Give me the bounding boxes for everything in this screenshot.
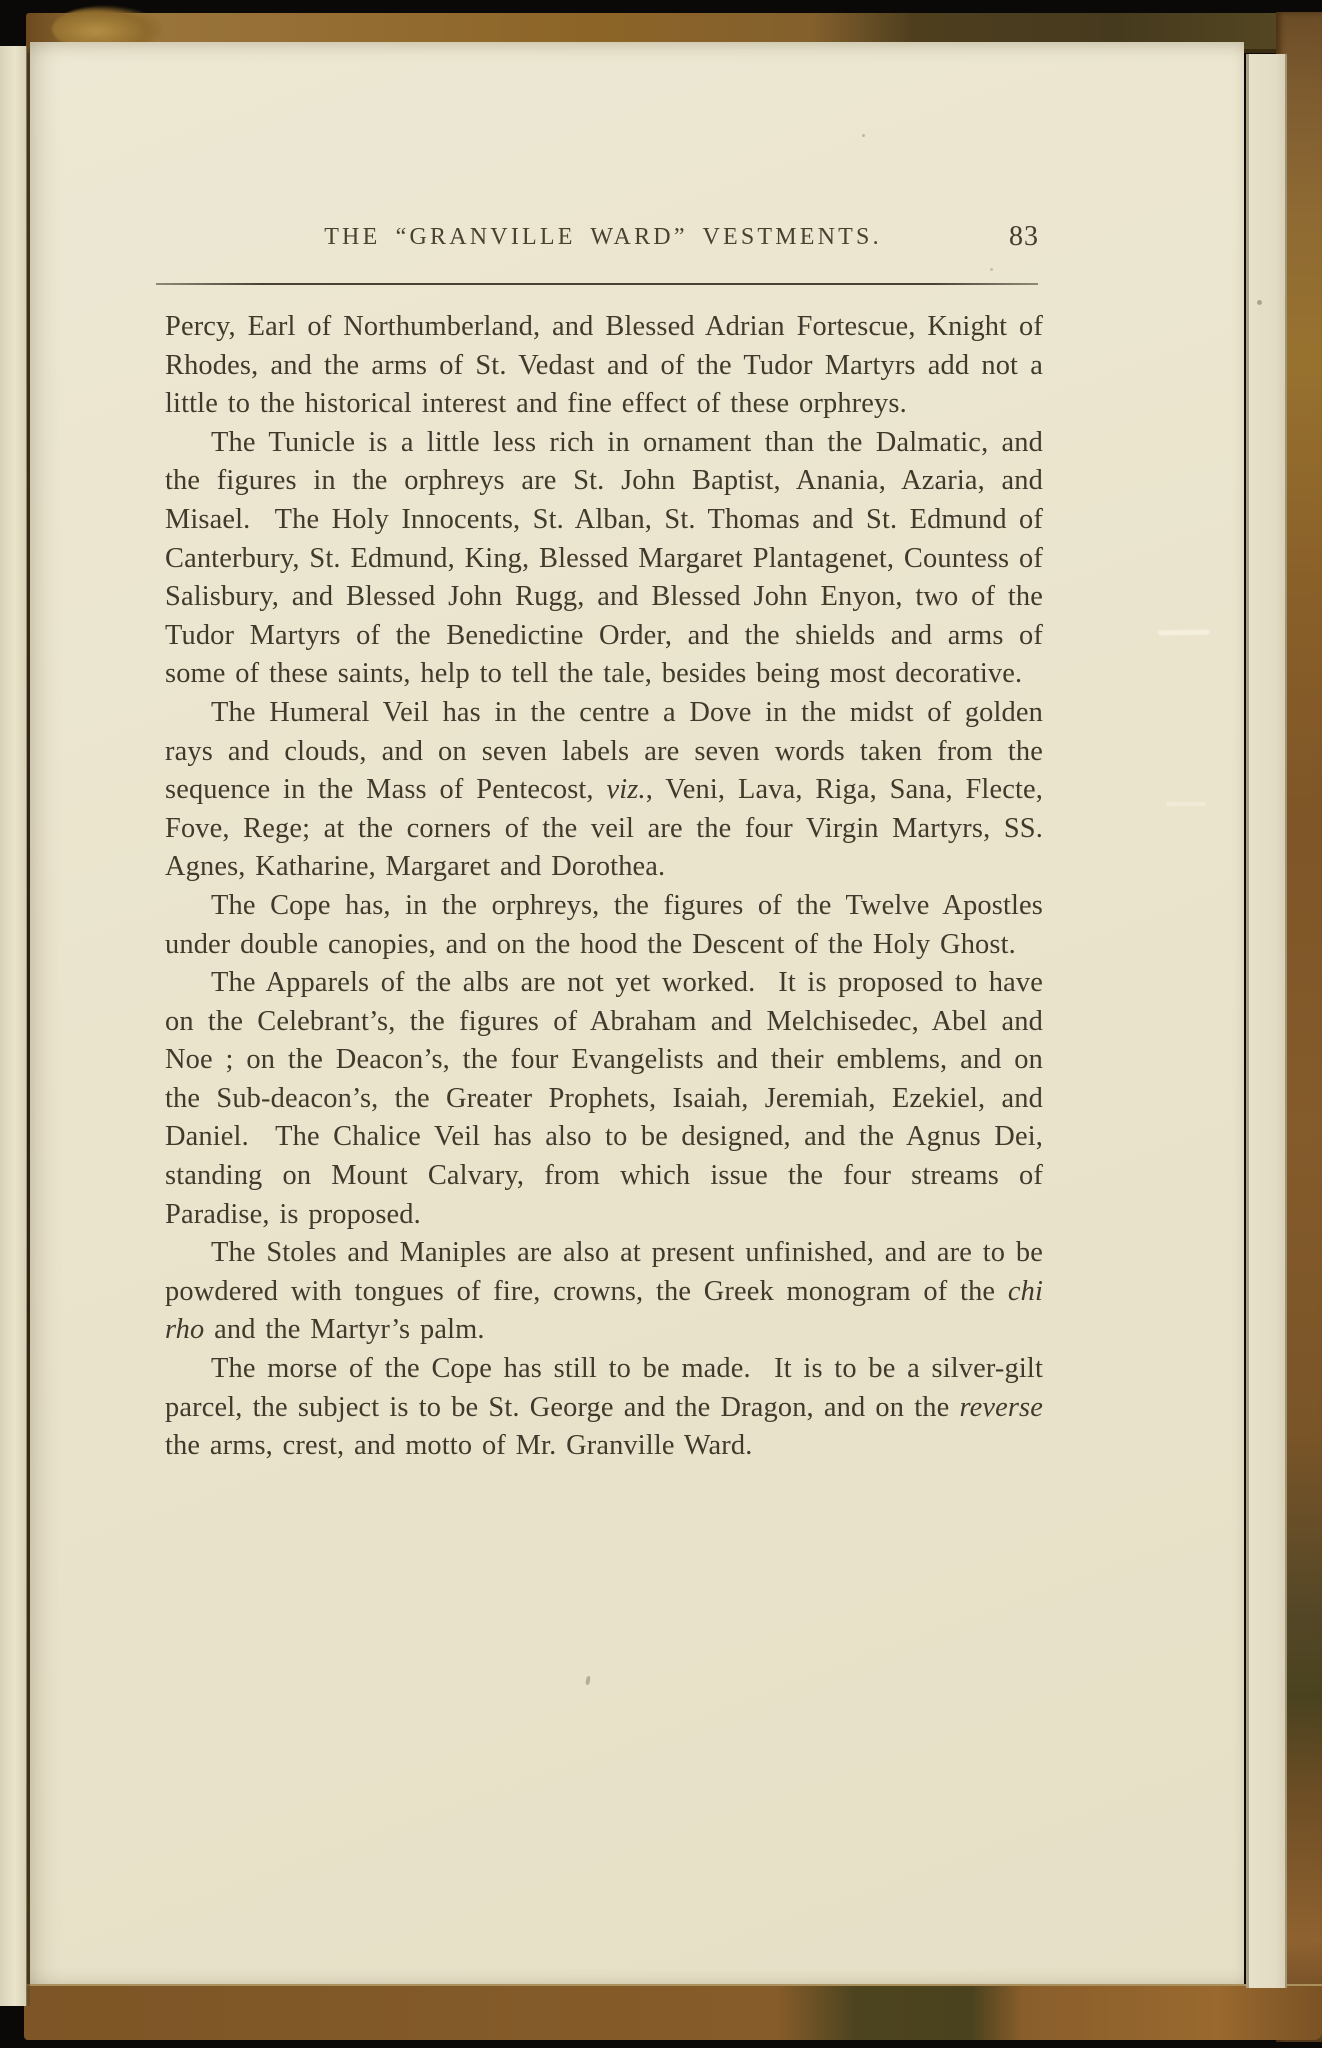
scan-scratch [1158, 630, 1210, 636]
paragraph: The Apparels of the albs are not yet wor… [165, 964, 1043, 1234]
text-run: and the Martyr’s palm. [204, 1314, 484, 1345]
italic-text: viz. [607, 774, 646, 805]
paragraph: The Humeral Veil has in the centre a Dov… [165, 694, 1043, 887]
text-run: The Apparels of the albs are not yet wor… [165, 967, 1043, 1230]
scan-speck [1257, 300, 1262, 305]
scan-speck [862, 134, 865, 137]
text-run: The Stoles and Maniples are also at pres… [165, 1237, 1043, 1307]
scan-scratch [1166, 802, 1206, 806]
text-run: The Cope has, in the orphreys, the figur… [165, 890, 1043, 960]
italic-text: reverse [959, 1392, 1043, 1423]
facing-page-edge [0, 46, 27, 2006]
text-run: the arms, crest, and motto of Mr. Granvi… [165, 1430, 752, 1461]
scan-speck [585, 1676, 591, 1686]
running-header: THE “GRANVILLE WARD” VESTMENTS. 83 [165, 224, 1041, 260]
page-title: THE “GRANVILLE WARD” VESTMENTS. [165, 224, 1041, 251]
header-rule [156, 283, 1038, 285]
book-bottom-leather-edge [24, 1984, 1322, 2040]
text-run: The morse of the Cope has still to be ma… [165, 1353, 1043, 1423]
paragraph: Percy, Earl of Northumberland, and Bless… [165, 308, 1043, 424]
underlying-page-edge [1246, 54, 1287, 1988]
paragraph: The Cope has, in the orphreys, the figur… [165, 887, 1043, 964]
text-run: Percy, Earl of Northumberland, and Bless… [165, 311, 1043, 419]
scanned-book-photo: THE “GRANVILLE WARD” VESTMENTS. 83 Percy… [0, 0, 1322, 2048]
paragraph: The morse of the Cope has still to be ma… [165, 1350, 1043, 1466]
page-number: 83 [1009, 221, 1039, 253]
paragraph: The Stoles and Maniples are also at pres… [165, 1234, 1043, 1350]
scan-speck [990, 268, 993, 271]
text-run: The Tunicle is a little less rich in orn… [165, 427, 1043, 690]
body-text: Percy, Earl of Northumberland, and Bless… [165, 308, 1043, 1466]
book-page: THE “GRANVILLE WARD” VESTMENTS. 83 Percy… [30, 42, 1244, 1984]
paragraph: The Tunicle is a little less rich in orn… [165, 424, 1043, 694]
